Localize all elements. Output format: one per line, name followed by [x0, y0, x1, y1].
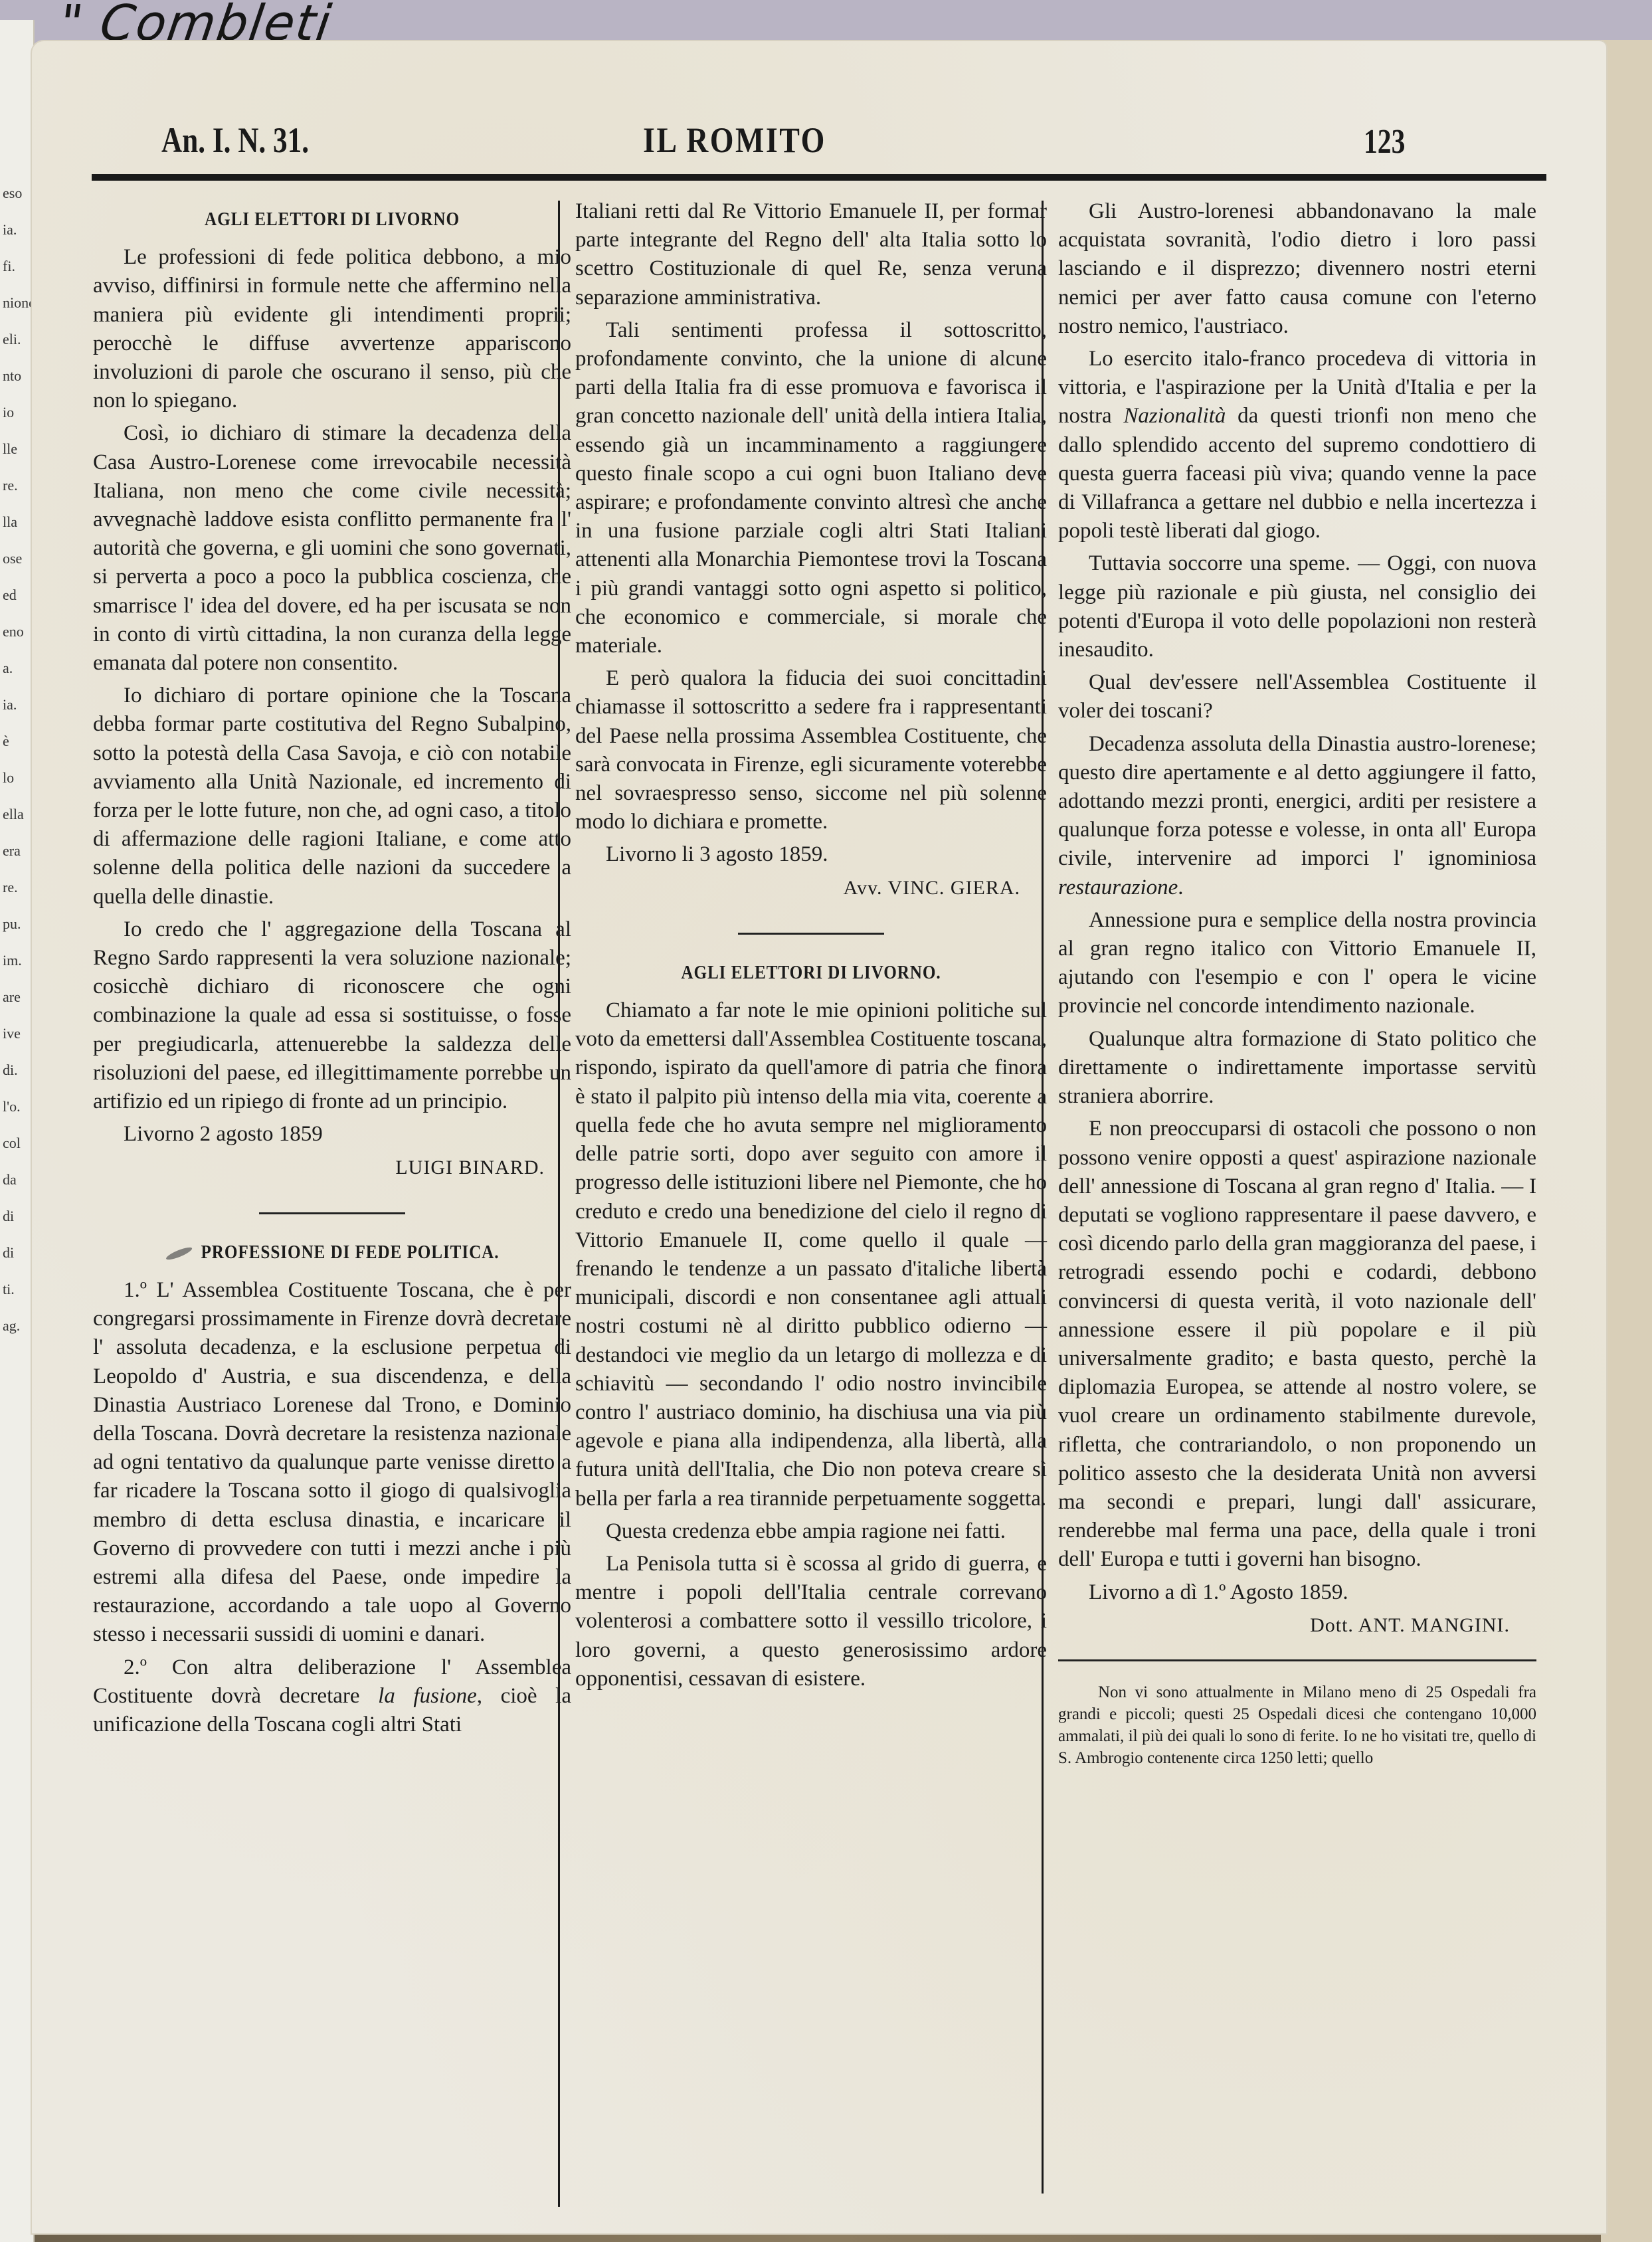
margin-fragment: nto — [3, 369, 21, 383]
article3-paragraph: Qual dev'essere nell'Assemblea Costituen… — [1058, 668, 1536, 725]
margin-fragment: re. — [3, 880, 18, 895]
margin-fragment: eno — [3, 624, 24, 639]
margin-fragment: ella — [3, 807, 24, 822]
article3-paragraph: Lo esercito italo-franco procedeva di vi… — [1058, 345, 1536, 545]
article3-date: Livorno a dì 1.º Agosto 1859. — [1058, 1578, 1536, 1607]
margin-fragment: è — [3, 734, 9, 749]
margin-fragment: da — [3, 1172, 17, 1187]
margin-fragment: di — [3, 1246, 14, 1260]
article2-continued: Italiani retti dal Re Vittorio Emanuele … — [575, 197, 1047, 312]
margin-fragment: pu. — [3, 917, 21, 931]
article2-heading-wrap: PROFESSIONE DI FEDE POLITICA. — [117, 1238, 547, 1267]
adjacent-right-page — [1601, 40, 1652, 2242]
margin-fragment: ia. — [3, 698, 17, 712]
italic-run: la fusione — [378, 1684, 477, 1708]
article3-paragraph: Annessione pura e semplice della nostra … — [1058, 906, 1536, 1021]
footnote: Non vi sono attualmente in Milano meno d… — [1058, 1681, 1536, 1769]
margin-fragment: di. — [3, 1063, 18, 1077]
article3-paragraph: Questa credenza ebbe ampia ragione nei f… — [575, 1517, 1047, 1546]
section-divider — [738, 933, 884, 935]
newspaper-title: IL ROMITO — [643, 120, 826, 161]
italic-run: restaurazione — [1058, 876, 1178, 899]
margin-fragment: nione — [3, 296, 35, 310]
article1-paragraph: Io dichiaro di portare opinione che la T… — [93, 682, 571, 911]
margin-fragment: era — [3, 844, 21, 858]
margin-fragment: lle — [3, 442, 17, 456]
margin-fragment: re. — [3, 478, 18, 493]
margin-fragment: fi. — [3, 259, 15, 274]
article2-paragraph-2: 2.º Con altra deliberazione l' Assemblea… — [93, 1653, 571, 1740]
italic-run: Nazionalità — [1123, 404, 1226, 428]
margin-fragment: are — [3, 990, 21, 1004]
issue-number: An. I. N. 31. — [161, 120, 309, 161]
article3-paragraph: Qualunque altra formazione di Stato poli… — [1058, 1025, 1536, 1111]
article3-paragraph: La Penisola tutta si è scossa al grido d… — [575, 1550, 1047, 1693]
footnote-rule — [1058, 1659, 1536, 1661]
article2-paragraph: 1.º L' Assemblea Costituente Toscana, ch… — [93, 1276, 571, 1649]
section-divider — [259, 1212, 405, 1214]
article3-paragraph: Gli Austro-lorenesi abbandonavano la mal… — [1058, 197, 1536, 341]
pen-mark-icon — [165, 1246, 193, 1262]
masthead-double-rule — [92, 174, 1546, 181]
article1-signature: LUIGI BINARD. — [93, 1153, 571, 1182]
column-2: Italiani retti dal Re Vittorio Emanuele … — [575, 197, 1047, 1697]
text-run: . — [1178, 876, 1183, 899]
margin-fragment: lla — [3, 515, 17, 529]
article2-date: Livorno li 3 agosto 1859. — [575, 840, 1047, 869]
article3-paragraph: Tuttavia soccorre una speme. — Oggi, con… — [1058, 549, 1536, 664]
article1-date: Livorno 2 agosto 1859 — [93, 1120, 571, 1149]
page-number: 123 — [1364, 122, 1405, 161]
margin-fragment: eli. — [3, 332, 21, 347]
article2-heading: PROFESSIONE DI FEDE POLITICA. — [201, 1242, 500, 1263]
margin-fragment: lo — [3, 771, 14, 785]
margin-fragment: ose — [3, 551, 22, 566]
article2-continued: E però qualora la fiducia dei suoi conci… — [575, 664, 1047, 836]
article1-paragraph: Così, io dichiaro di stimare la decadenz… — [93, 419, 571, 678]
margin-fragment: im. — [3, 953, 22, 968]
newspaper-page: An. I. N. 31. IL ROMITO 123 AGLI ELETTOR… — [32, 41, 1606, 2233]
margin-fragment: eso — [3, 186, 22, 201]
masthead: An. I. N. 31. IL ROMITO 123 — [32, 120, 1606, 179]
article3-heading: AGLI ELETTORI DI LIVORNO. — [599, 959, 1024, 987]
column-1: AGLI ELETTORI DI LIVORNO Le professioni … — [93, 197, 571, 1743]
article3-paragraph: E non preoccuparsi di ostacoli che posso… — [1058, 1115, 1536, 1574]
text-run: Decadenza assoluta della Dinastia austro… — [1058, 732, 1536, 871]
article2-continued: Tali sentimenti professa il sottoscritto… — [575, 316, 1047, 660]
footnote-text: Non vi sono attualmente in Milano meno d… — [1058, 1681, 1536, 1769]
margin-fragment: ive — [3, 1026, 21, 1041]
margin-fragment: ia. — [3, 223, 17, 237]
article1-heading: AGLI ELETTORI DI LIVORNO — [117, 205, 547, 234]
article3-signature: Dott. ANT. MANGINI. — [1058, 1611, 1536, 1639]
margin-fragment: a. — [3, 661, 13, 676]
article3-paragraph: Chiamato a far note le mie opinioni poli… — [575, 996, 1047, 1513]
margin-fragment: di — [3, 1209, 14, 1224]
margin-fragment: col — [3, 1136, 21, 1151]
article2-signature: Avv. VINC. GIERA. — [575, 874, 1047, 902]
margin-fragment: ed — [3, 588, 17, 603]
column-3: Gli Austro-lorenesi abbandonavano la mal… — [1058, 197, 1536, 1773]
article1-paragraph: Io credo che l' aggregazione della Tosca… — [93, 915, 571, 1116]
adjacent-left-page-margin: esoia.fi.nioneeli.ntoiollere.llaoseedeno… — [0, 20, 35, 2242]
article3-paragraph: Decadenza assoluta della Dinastia austro… — [1058, 730, 1536, 902]
article1-paragraph: Le professioni di fede politica debbono,… — [93, 243, 571, 415]
margin-fragment: ti. — [3, 1282, 15, 1297]
margin-fragment: ag. — [3, 1319, 20, 1333]
margin-fragment: io — [3, 405, 14, 420]
margin-fragment: l'o. — [3, 1099, 21, 1114]
